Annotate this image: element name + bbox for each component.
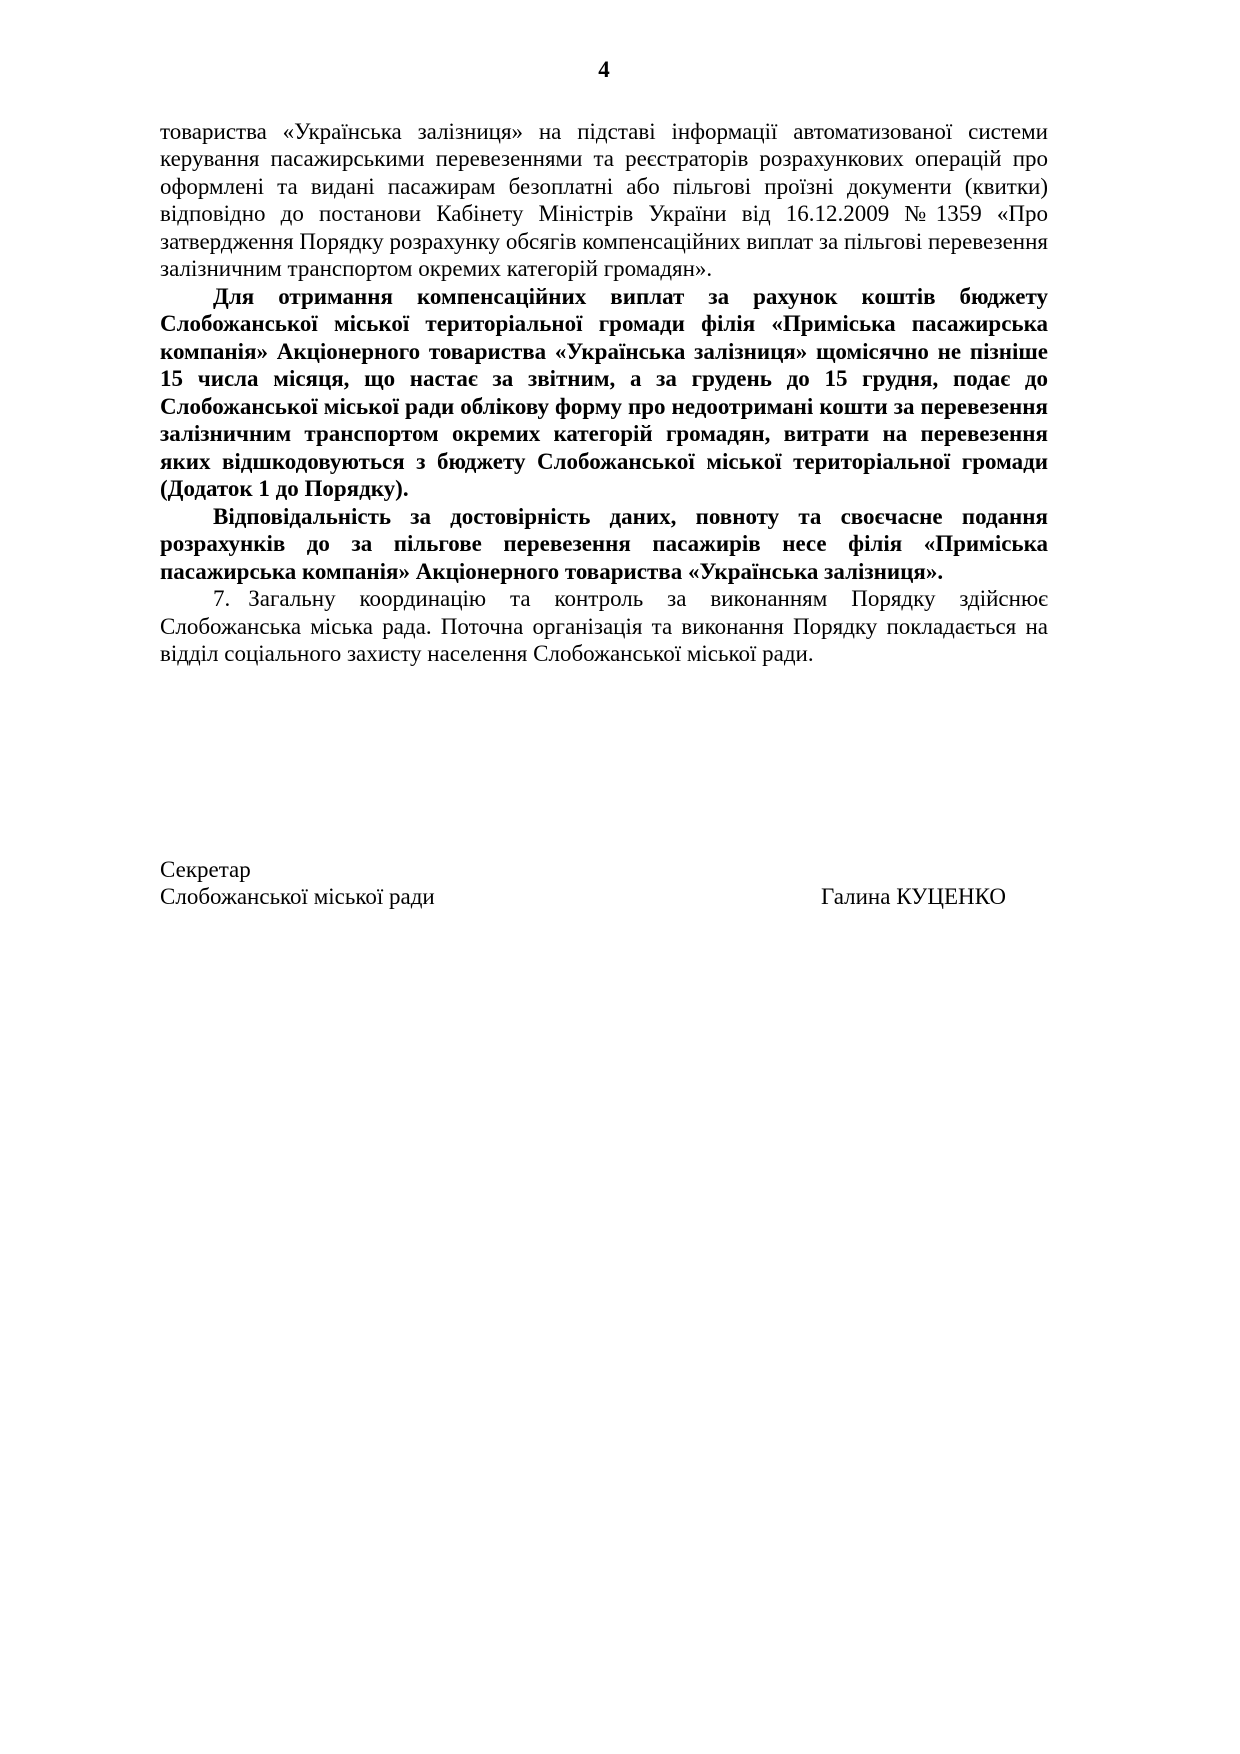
- paragraph-responsibility: Відповідальність за достовірність даних,…: [160, 503, 1048, 586]
- paragraph-continuation: товариства «Українська залізниця» на під…: [160, 118, 1048, 283]
- document-body: товариства «Українська залізниця» на під…: [160, 118, 1048, 668]
- paragraph-compensation-procedure: Для отримання компенсаційних виплат за р…: [160, 283, 1048, 503]
- signatory-title-line2: Слобожанської міської ради: [160, 883, 435, 911]
- page-number: 4: [160, 56, 1048, 84]
- signatory-title-line1: Секретар: [160, 856, 435, 884]
- paragraph-item-7-text: Загальну координацію та контроль за вико…: [160, 586, 1048, 666]
- signature-block: Секретар Слобожанської міської ради Гали…: [160, 856, 1048, 911]
- signatory-title: Секретар Слобожанської міської ради: [160, 856, 435, 911]
- document-page: 4 товариства «Українська залізниця» на п…: [0, 0, 1240, 1754]
- paragraph-item-7-number: 7.: [213, 586, 230, 611]
- paragraph-item-7: 7.Загальну координацію та контроль за ви…: [160, 585, 1048, 668]
- signatory-name: Галина КУЦЕНКО: [821, 883, 1006, 911]
